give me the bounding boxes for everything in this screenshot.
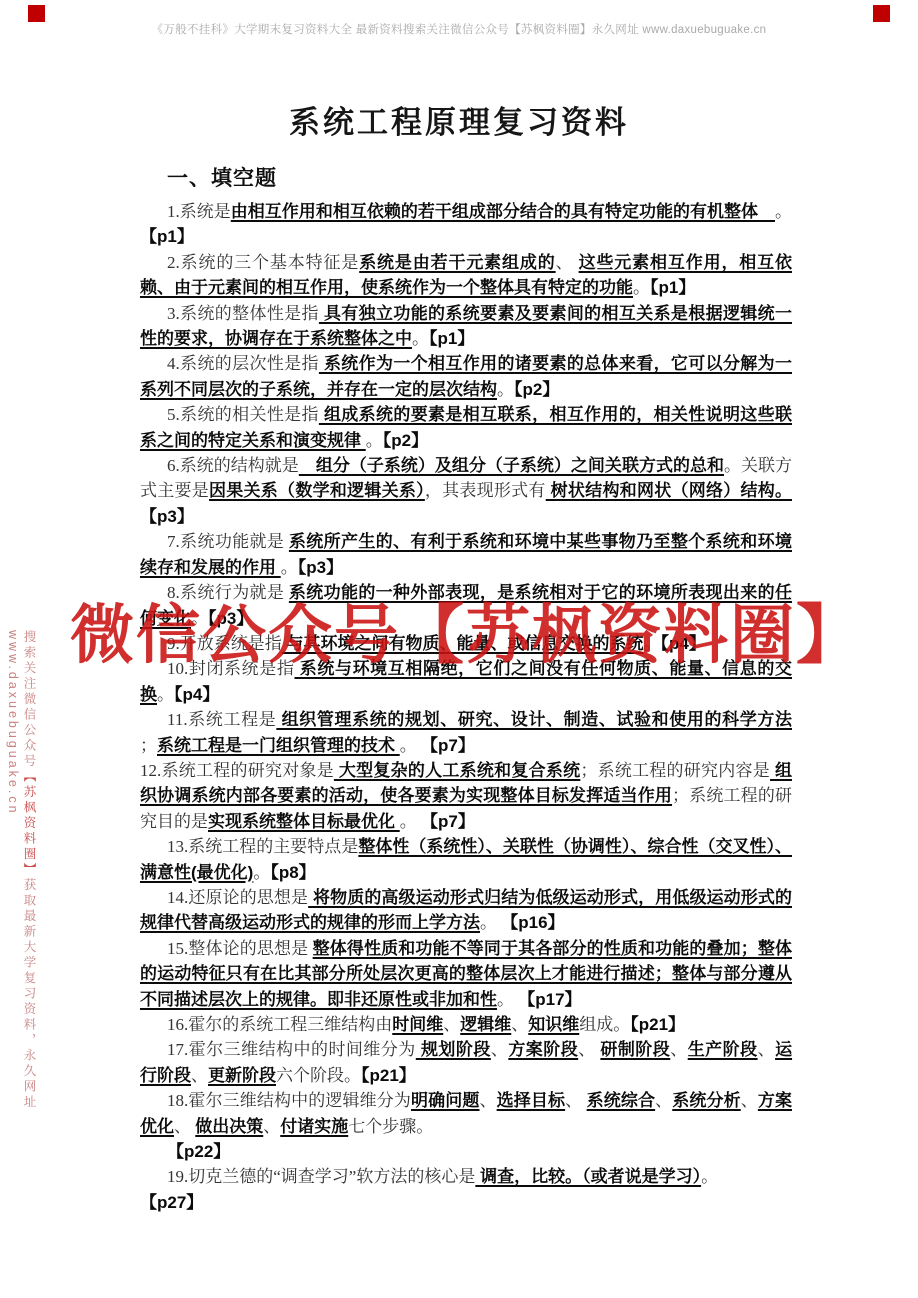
question-text: 。 bbox=[412, 329, 429, 348]
answer-blank: 与其环境之间有物质、能量、或信息交换的系统 bbox=[282, 634, 644, 653]
answer-blank: 明确问题 bbox=[411, 1091, 480, 1110]
question-text: 组成。 bbox=[579, 1015, 630, 1034]
item-paragraph: 10.封闭系统是指 系统与环境互相隔绝，它们之间没有任何物质、能量、信息的交换。… bbox=[140, 656, 792, 707]
item-paragraph: 14.还原论的思想是 将物质的高级运动形式归结为低级运动形式，用低级运动形式的规… bbox=[140, 885, 792, 936]
page-ref: 【p3】 bbox=[298, 558, 343, 577]
question-text: 、 bbox=[191, 1066, 208, 1085]
question-text: 、 bbox=[655, 1091, 672, 1110]
item-paragraph: 4.系统的层次性是指 系统作为一个相互作用的诸要素的总体来看，它可以分解为一系列… bbox=[140, 351, 792, 402]
answer-blank: 生产阶段 bbox=[688, 1040, 758, 1059]
page-ref: 【p4】 bbox=[660, 634, 705, 653]
answer-blank: 由相互作用和相互依赖的若干组成部分结合的具有特定功能的有机整体 bbox=[231, 202, 775, 221]
side-watermark-brand: 【苏枫资料圈】 bbox=[22, 770, 36, 879]
question-text: 、 bbox=[263, 1117, 280, 1136]
question-text: 、 bbox=[480, 1091, 497, 1110]
question-text: 11.系统工程是 bbox=[167, 710, 276, 729]
question-text: ；系统工程的研究内容是 bbox=[580, 761, 770, 780]
page-ref: 【p22】 bbox=[167, 1142, 230, 1161]
answer-blank: 树状结构和网状（网络）结构。 bbox=[546, 481, 792, 500]
item-paragraph: 9.开放系统是指 与其环境之间有物质、能量、或信息交换的系统。【p4】 bbox=[140, 631, 792, 656]
side-watermark-suffix: 获取最新大学复习资料，永久网址 www.daxuebuguake.cn bbox=[6, 630, 36, 1111]
item-paragraph: 【p22】 bbox=[140, 1139, 792, 1164]
question-text: 13.系统工程的主要特点是 bbox=[167, 837, 358, 856]
answer-blank: 系统是由若干元素组成的 bbox=[359, 253, 555, 272]
answer-blank: 选择目标 bbox=[497, 1091, 566, 1110]
item-paragraph: 17.霍尔三维结构中的时间维分为 规划阶段、方案阶段、 研制阶段、生产阶段、运行… bbox=[140, 1037, 792, 1088]
question-text: 5.系统的相关性是指 bbox=[167, 405, 319, 424]
page-ref: 【p17】 bbox=[518, 990, 581, 1009]
question-text: 、 bbox=[174, 1117, 195, 1136]
question-text: 、 bbox=[758, 1040, 775, 1059]
question-text: 。 bbox=[191, 609, 208, 628]
question-text: 7.系统功能就是 bbox=[167, 532, 289, 551]
question-text: 4.系统的层次性是指 bbox=[167, 354, 319, 373]
page-ref: 【p1】 bbox=[429, 329, 474, 348]
answer-blank: 大型复杂的人工系统和复合系统 bbox=[334, 761, 580, 780]
item-paragraph: 2.系统的三个基本特征是系统是由若干元素组成的、 这些元素相互作用，相互依赖、由… bbox=[140, 250, 792, 301]
question-text: 1.系统是 bbox=[167, 202, 231, 221]
question-text: 12.系统工程的研究对象是 bbox=[140, 761, 334, 780]
item-paragraph: 13.系统工程的主要特点是整体性（系统性）、关联性（协调性）、综合性（交叉性）、… bbox=[140, 834, 792, 885]
question-text: 。 bbox=[400, 736, 421, 755]
page-ref: 【p4】 bbox=[174, 685, 219, 704]
answer-blank: 规划阶段 bbox=[416, 1040, 491, 1059]
question-text: 18.霍尔三维结构中的逻辑维分为 bbox=[167, 1091, 411, 1110]
question-text: 3.系统的整体性是指 bbox=[167, 304, 319, 323]
page-ref: 【p1】 bbox=[650, 278, 695, 297]
answer-blank: 逻辑维 bbox=[460, 1015, 511, 1034]
item-paragraph: 16.霍尔的系统工程三维结构由时间维、逻辑维、知识维组成。【p21】 bbox=[140, 1012, 792, 1037]
page-ref: 【p7】 bbox=[421, 736, 475, 755]
side-watermark-prefix: 搜索关注微信公众号 bbox=[22, 630, 36, 770]
question-text: 、 bbox=[491, 1040, 508, 1059]
answer-blank: 方案阶段 bbox=[508, 1040, 578, 1059]
item-paragraph: 3.系统的整体性是指 具有独立功能的系统要素及要素间的相互关系是根据逻辑统一性的… bbox=[140, 301, 792, 352]
page-ref: 【p3】 bbox=[140, 507, 194, 526]
answer-blank: 时间维 bbox=[392, 1015, 443, 1034]
question-text: 六个阶段。 bbox=[276, 1066, 361, 1085]
question-text: 9.开放系统是指 bbox=[167, 634, 282, 653]
question-text: 、 bbox=[670, 1040, 687, 1059]
item-paragraph: 12.系统工程的研究对象是 大型复杂的人工系统和复合系统；系统工程的研究内容是 … bbox=[140, 758, 792, 834]
question-text: 。 bbox=[253, 863, 270, 882]
answer-blank: 组分（子系统）及组分（子系统）之间关联方式的总和 bbox=[299, 456, 724, 475]
question-text: 。 bbox=[366, 431, 383, 450]
answer-blank: 系统工程是一门组织管理的技术 bbox=[157, 736, 400, 755]
answer-blank: 调查，比较。（或者说是学习） bbox=[475, 1167, 701, 1186]
red-square-mark-left bbox=[28, 5, 45, 22]
answer-blank: 知识维 bbox=[528, 1015, 579, 1034]
item-paragraph: 15.整体论的思想是 整体得性质和功能不等同于其各部分的性质和功能的叠加；整体的… bbox=[140, 936, 792, 1012]
page-ref: 【p8】 bbox=[270, 863, 315, 882]
answer-blank: 系统分析 bbox=[672, 1091, 741, 1110]
page-ref: 【p3】 bbox=[208, 609, 253, 628]
question-text: 、 bbox=[443, 1015, 460, 1034]
page-ref: 【p2】 bbox=[514, 380, 559, 399]
document-page: { "header": { "note": "《万般不挂科》大学期末复习资料大全… bbox=[0, 0, 918, 1298]
page-ref: 【p16】 bbox=[501, 913, 564, 932]
question-text: 。 bbox=[480, 913, 501, 932]
item-paragraph: 19.切克兰德的“调查学习”软方法的核心是 调查，比较。（或者说是学习）。 bbox=[140, 1164, 792, 1189]
question-text: 15.整体论的思想是 bbox=[167, 939, 313, 958]
question-text: 14.还原论的思想是 bbox=[167, 888, 308, 907]
page-ref: 【p21】 bbox=[361, 1066, 416, 1085]
question-text: 17.霍尔三维结构中的时间维分为 bbox=[167, 1040, 416, 1059]
question-text: 19.切克兰德的“调查学习”软方法的核心是 bbox=[167, 1167, 475, 1186]
question-text: 10.封闭系统是指 bbox=[167, 659, 294, 678]
section-heading: 一、填空题 bbox=[167, 162, 277, 192]
question-text: 。 bbox=[400, 812, 421, 831]
question-text: 。 bbox=[281, 558, 298, 577]
item-paragraph: 【p27】 bbox=[140, 1190, 792, 1215]
page-ref: 【p27】 bbox=[140, 1193, 203, 1212]
answer-blank: 实现系统整体目标最优化 bbox=[208, 812, 400, 831]
question-text: 。 bbox=[775, 202, 792, 221]
question-text: 、 bbox=[511, 1015, 528, 1034]
question-text: 、 bbox=[556, 253, 579, 272]
item-paragraph: 18.霍尔三维结构中的逻辑维分为明确问题、选择目标、 系统综合、系统分析、方案优… bbox=[140, 1088, 792, 1139]
answer-blank: 付诸实施 bbox=[280, 1117, 348, 1136]
items: 1.系统是由相互作用和相互依赖的若干组成部分结合的具有特定功能的有机整体 。【p… bbox=[140, 199, 792, 1215]
item-paragraph: 6.系统的结构就是 组分（子系统）及组分（子系统）之间关联方式的总和。关联方式主… bbox=[140, 453, 792, 529]
page-ref: 【p1】 bbox=[140, 227, 194, 246]
question-text: 8.系统行为就是 bbox=[167, 583, 289, 602]
question-text: 。 bbox=[497, 380, 514, 399]
red-square-mark-right bbox=[873, 5, 890, 22]
page-ref: 【p21】 bbox=[630, 1015, 685, 1034]
answer-blank: 系统综合 bbox=[587, 1091, 656, 1110]
question-text: 。 bbox=[157, 685, 174, 704]
item-paragraph: 1.系统是由相互作用和相互依赖的若干组成部分结合的具有特定功能的有机整体 。【p… bbox=[140, 199, 792, 250]
item-paragraph: 7.系统功能就是 系统所产生的、有利于系统和环境中某些事物乃至整个系统和环境续存… bbox=[140, 529, 792, 580]
item-paragraph: 8.系统行为就是 系统功能的一种外部表现，是系统相对于它的环境所表现出来的任何变… bbox=[140, 580, 792, 631]
side-vertical-watermark: 搜索关注微信公众号【苏枫资料圈】获取最新大学复习资料，永久网址 www.daxu… bbox=[6, 630, 38, 1298]
answer-blank: 更新阶段 bbox=[208, 1066, 276, 1085]
answer-blank: 研制阶段 bbox=[600, 1040, 670, 1059]
question-text: 16.霍尔的系统工程三维结构由 bbox=[167, 1015, 392, 1034]
answer-blank: 因果关系（数学和逻辑关系） bbox=[209, 481, 425, 500]
question-text: 、 bbox=[578, 1040, 600, 1059]
question-text: ； bbox=[140, 736, 157, 755]
question-text: 、 bbox=[565, 1091, 587, 1110]
item-paragraph: 5.系统的相关性是指 组成系统的要素是相互联系，相互作用的，相关性说明这些联系之… bbox=[140, 402, 792, 453]
question-text: 。 bbox=[633, 278, 650, 297]
header-promo-note: 《万般不挂科》大学期末复习资料大全 最新资料搜索关注微信公众号【苏枫资料圈】永久… bbox=[0, 21, 918, 37]
page-ref: 【p7】 bbox=[421, 812, 475, 831]
question-text: 。 bbox=[643, 634, 660, 653]
page-title: 系统工程原理复习资料 bbox=[0, 97, 918, 142]
answer-blank: 做出决策 bbox=[195, 1117, 263, 1136]
question-text: 、 bbox=[741, 1091, 758, 1110]
page-ref: 【p2】 bbox=[383, 431, 428, 450]
question-text: ，其表现形式有 bbox=[425, 481, 546, 500]
question-text: 。 bbox=[497, 990, 518, 1009]
answer-blank: 组织管理系统的规划、研究、设计、制造、试验和使用的科学方法 bbox=[276, 710, 792, 729]
question-text: 七个步骤。 bbox=[348, 1117, 433, 1136]
question-text: 。 bbox=[701, 1167, 718, 1186]
question-text: 2.系统的三个基本特征是 bbox=[167, 253, 359, 272]
item-paragraph: 11.系统工程是 组织管理系统的规划、研究、设计、制造、试验和使用的科学方法 ；… bbox=[140, 707, 792, 758]
question-text: 6.系统的结构就是 bbox=[167, 456, 299, 475]
